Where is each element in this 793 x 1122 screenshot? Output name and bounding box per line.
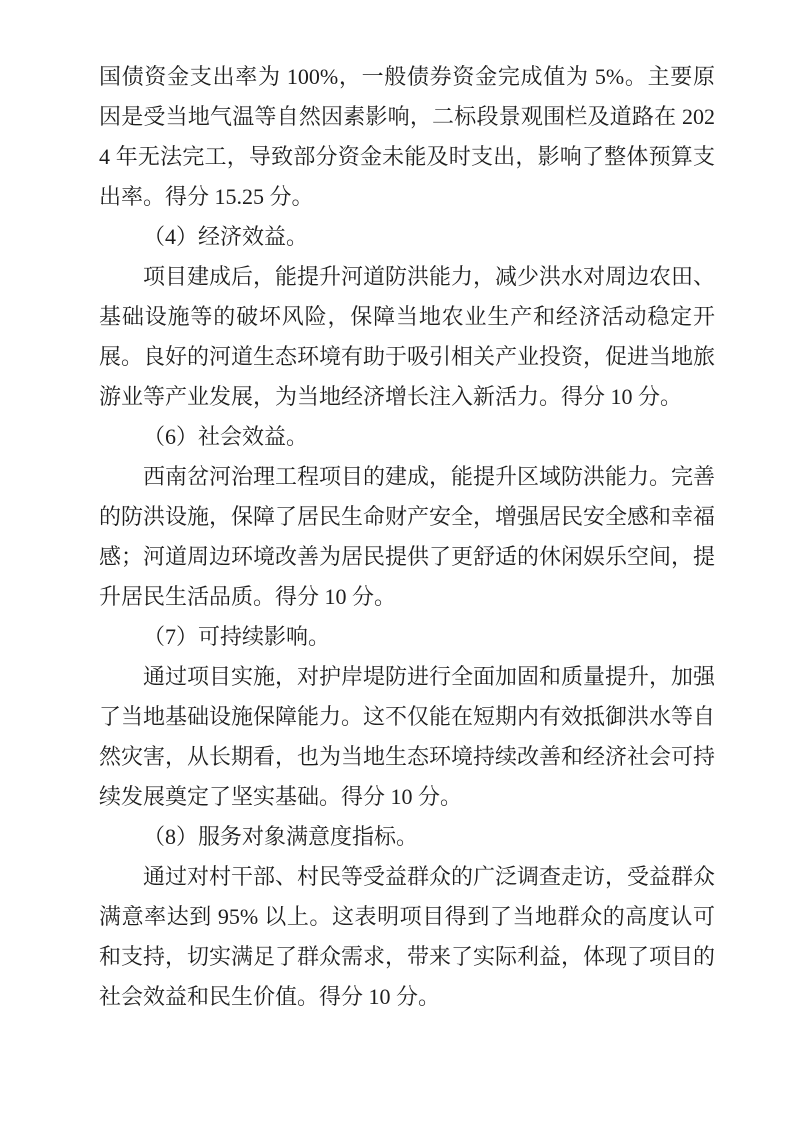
heading-section-8-satisfaction-indicator: （8）服务对象满意度指标。 — [99, 817, 715, 857]
heading-section-6-social-benefit: （6）社会效益。 — [99, 417, 715, 457]
paragraph-economic-benefit: 项目建成后，能提升河道防洪能力，减少洪水对周边农田、基础设施等的破坏风险，保障当… — [99, 257, 715, 417]
paragraph-budget-expenditure-continuation: 国债资金支出率为 100%，一般债券资金完成值为 5%。主要原因是受当地气温等自… — [99, 57, 715, 217]
heading-section-7-sustainable-impact: （7）可持续影响。 — [99, 617, 715, 657]
document-content: 国债资金支出率为 100%，一般债券资金完成值为 5%。主要原因是受当地气温等自… — [99, 57, 715, 1017]
document-page: 国债资金支出率为 100%，一般债券资金完成值为 5%。主要原因是受当地气温等自… — [0, 0, 793, 1122]
paragraph-satisfaction-indicator: 通过对村干部、村民等受益群众的广泛调查走访，受益群众满意率达到 95% 以上。这… — [99, 857, 715, 1017]
paragraph-sustainable-impact: 通过项目实施，对护岸堤防进行全面加固和质量提升，加强了当地基础设施保障能力。这不… — [99, 657, 715, 817]
paragraph-social-benefit: 西南岔河治理工程项目的建成，能提升区域防洪能力。完善的防洪设施，保障了居民生命财… — [99, 457, 715, 617]
heading-section-4-economic-benefit: （4）经济效益。 — [99, 217, 715, 257]
